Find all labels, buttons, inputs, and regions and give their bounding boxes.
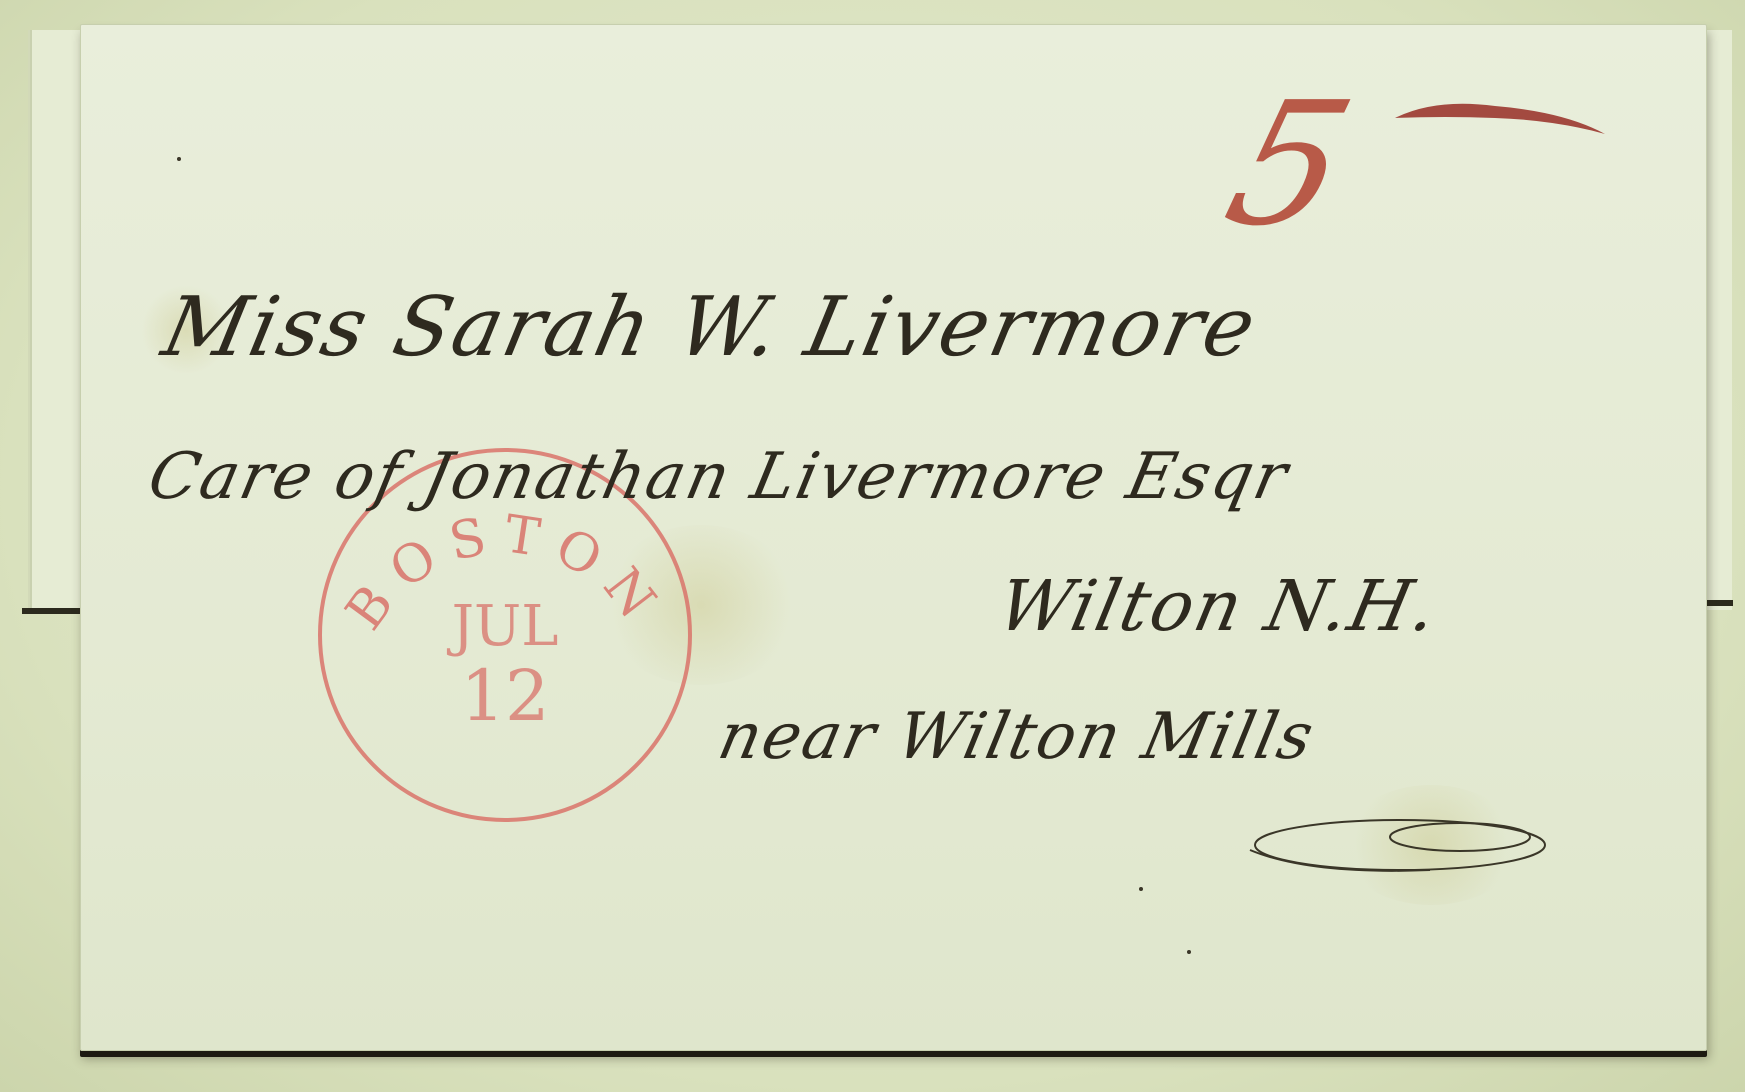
rear-sheet-shadow-left (22, 608, 82, 614)
postmark-month: JUL (447, 594, 559, 659)
address-line-town: Wilton N.H. (991, 565, 1446, 647)
address-line-locality: near Wilton Mills (712, 700, 1321, 774)
paper-speck (177, 157, 181, 161)
rate-flourish-stroke (1395, 98, 1605, 138)
paper-speck (1187, 950, 1191, 954)
postmark-day: 12 (460, 655, 549, 737)
address-line-care-of: Care of Jonathan Livermore Esqr (142, 440, 1295, 514)
paper-speck (1139, 887, 1143, 891)
address-line-recipient: Miss Sarah W. Livermore (155, 280, 1265, 375)
calligraphic-paraph-flourish (1230, 805, 1550, 895)
